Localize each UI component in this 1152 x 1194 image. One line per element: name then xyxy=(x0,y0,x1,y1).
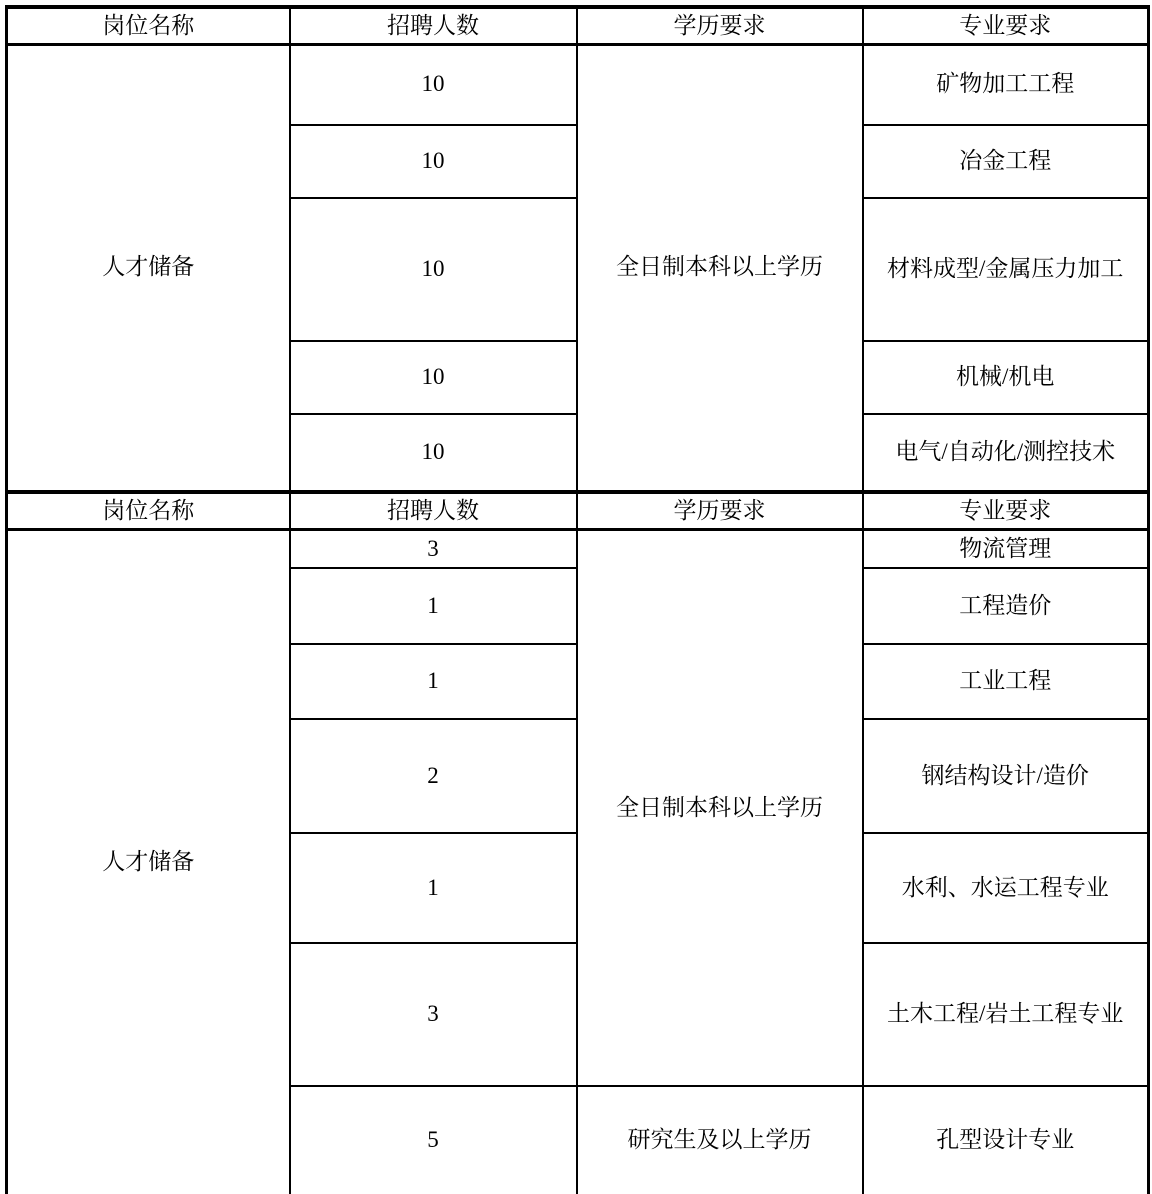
position-cell: 人才储备 xyxy=(7,45,290,492)
header-education: 学历要求 xyxy=(577,7,863,45)
count-cell: 1 xyxy=(290,644,577,719)
count-cell: 10 xyxy=(290,414,577,492)
major-cell: 工业工程 xyxy=(863,644,1149,719)
header-position: 岗位名称 xyxy=(7,492,290,530)
table-row: 人才储备 3 全日制本科以上学历 物流管理 xyxy=(7,529,1149,568)
major-cell: 工程造价 xyxy=(863,568,1149,644)
major-cell: 电气/自动化/测控技术 xyxy=(863,414,1149,492)
header-position: 岗位名称 xyxy=(7,7,290,45)
header-major: 专业要求 xyxy=(863,7,1149,45)
major-cell: 孔型设计专业 xyxy=(863,1086,1149,1194)
section2-header-row: 岗位名称 招聘人数 学历要求 专业要求 xyxy=(7,492,1149,530)
section1-header-row: 岗位名称 招聘人数 学历要求 专业要求 xyxy=(7,7,1149,45)
major-cell: 水利、水运工程专业 xyxy=(863,833,1149,943)
count-cell: 10 xyxy=(290,45,577,125)
count-cell: 10 xyxy=(290,341,577,414)
major-cell: 冶金工程 xyxy=(863,125,1149,198)
count-cell: 5 xyxy=(290,1086,577,1194)
major-cell: 土木工程/岩土工程专业 xyxy=(863,943,1149,1086)
major-cell: 物流管理 xyxy=(863,529,1149,568)
education-cell: 研究生及以上学历 xyxy=(577,1086,863,1194)
count-cell: 3 xyxy=(290,943,577,1086)
count-cell: 3 xyxy=(290,529,577,568)
recruitment-table: 岗位名称 招聘人数 学历要求 专业要求 人才储备 10 全日制本科以上学历 矿物… xyxy=(5,5,1150,1194)
header-major: 专业要求 xyxy=(863,492,1149,530)
education-cell: 全日制本科以上学历 xyxy=(577,45,863,492)
header-education: 学历要求 xyxy=(577,492,863,530)
count-cell: 10 xyxy=(290,125,577,198)
major-cell: 钢结构设计/造价 xyxy=(863,719,1149,833)
major-cell: 材料成型/金属压力加工 xyxy=(863,198,1149,341)
count-cell: 10 xyxy=(290,198,577,341)
major-cell: 机械/机电 xyxy=(863,341,1149,414)
position-cell: 人才储备 xyxy=(7,529,290,1194)
count-cell: 1 xyxy=(290,833,577,943)
count-cell: 2 xyxy=(290,719,577,833)
header-count: 招聘人数 xyxy=(290,492,577,530)
header-count: 招聘人数 xyxy=(290,7,577,45)
table-row: 人才储备 10 全日制本科以上学历 矿物加工工程 xyxy=(7,45,1149,125)
page: { "colors": { "background": "#ffffff", "… xyxy=(0,0,1152,1194)
education-cell: 全日制本科以上学历 xyxy=(577,529,863,1086)
major-cell: 矿物加工工程 xyxy=(863,45,1149,125)
count-cell: 1 xyxy=(290,568,577,644)
